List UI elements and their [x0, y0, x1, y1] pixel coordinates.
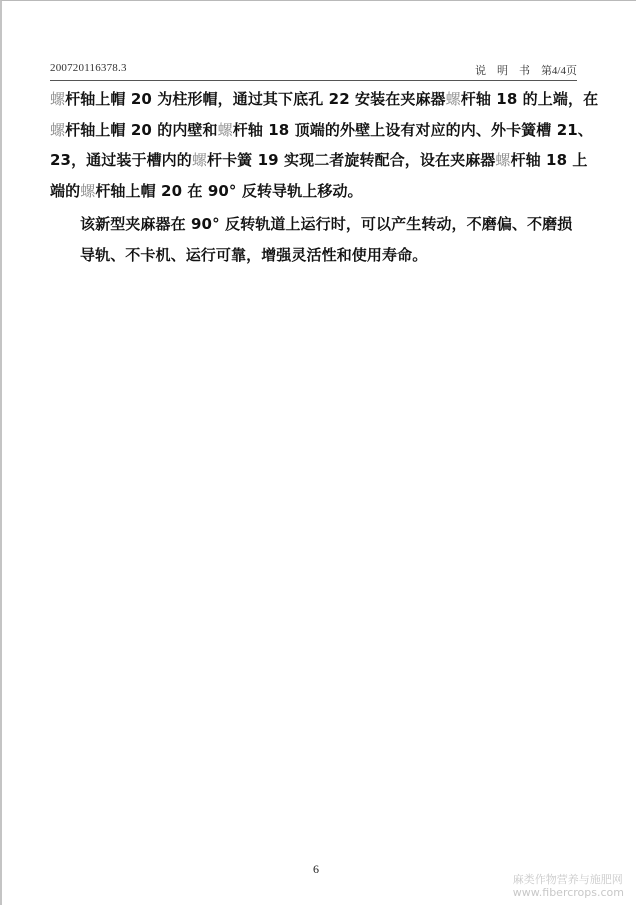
- text-line: 螺杆轴上帽 20 的内壁和螺杆轴 18 顶端的外壁上设有对应的内、外卡簧槽 21…: [50, 115, 580, 146]
- page-number: 6: [313, 862, 319, 877]
- title-char: 明: [497, 62, 508, 78]
- text-run: 杆轴 18 顶端的外壁上设有对应的内、外卡簧槽 21、: [233, 121, 593, 139]
- text-run-light: 螺: [495, 151, 510, 169]
- text-line: 螺杆轴上帽 20 为柱形帽，通过其下底孔 22 安装在夹麻器螺杆轴 18 的上端…: [50, 84, 580, 115]
- page-label: 第4/4页: [541, 65, 577, 77]
- watermark: 麻类作物营养与施肥网 www.fibercrops.com: [513, 873, 624, 899]
- paragraph-2: 该新型夹麻器在 90° 反转轨道上运行时，可以产生转动，不磨偏、不磨损导轨、不卡…: [50, 209, 580, 270]
- text-run-light: 螺: [80, 182, 95, 200]
- page-header: 200720116378.3 说明书第4/4页: [50, 62, 577, 78]
- title-char: 说: [475, 62, 486, 78]
- document-title: 说明书第4/4页: [475, 62, 577, 78]
- paragraph-1: 螺杆轴上帽 20 为柱形帽，通过其下底孔 22 安装在夹麻器螺杆轴 18 的上端…: [50, 84, 580, 206]
- text-run: 杆轴上帽 20 的内壁和: [65, 121, 218, 139]
- header-divider: [50, 80, 577, 81]
- text-run-light: 螺: [50, 90, 65, 108]
- text-run: 杆卡簧 19 实现二者旋转配合，设在夹麻器: [207, 151, 495, 169]
- text-line: 端的螺杆轴上帽 20 在 90° 反转导轨上移动。: [50, 176, 580, 207]
- watermark-site-name: 麻类作物营养与施肥网: [513, 873, 624, 886]
- title-char: 书: [519, 62, 530, 78]
- text-run-light: 螺: [192, 151, 207, 169]
- text-run: 杆轴上帽 20 为柱形帽，通过其下底孔 22 安装在夹麻器: [65, 90, 446, 108]
- text-line: 23，通过装于槽内的螺杆卡簧 19 实现二者旋转配合，设在夹麻器螺杆轴 18 上: [50, 145, 580, 176]
- text-run-light: 螺: [446, 90, 461, 108]
- text-run: 23，通过装于槽内的: [50, 151, 192, 169]
- text-run: 导轨、不卡机、运行可靠，增强灵活性和使用寿命。: [80, 246, 427, 264]
- text-run: 杆轴 18 的上端，在: [461, 90, 598, 108]
- text-run-light: 螺: [50, 121, 65, 139]
- document-number: 200720116378.3: [50, 62, 127, 74]
- text-line: 该新型夹麻器在 90° 反转轨道上运行时，可以产生转动，不磨偏、不磨损: [50, 209, 580, 240]
- document-body: 螺杆轴上帽 20 为柱形帽，通过其下底孔 22 安装在夹麻器螺杆轴 18 的上端…: [50, 84, 580, 270]
- text-run: 杆轴上帽 20 在 90° 反转导轨上移动。: [95, 182, 362, 200]
- text-run: 杆轴 18 上: [511, 151, 588, 169]
- text-line: 导轨、不卡机、运行可靠，增强灵活性和使用寿命。: [50, 240, 580, 271]
- text-run-light: 螺: [218, 121, 233, 139]
- text-run: 端的: [50, 182, 80, 200]
- watermark-url: www.fibercrops.com: [513, 886, 624, 899]
- text-run: 该新型夹麻器在 90° 反转轨道上运行时，可以产生转动，不磨偏、不磨损: [80, 215, 572, 233]
